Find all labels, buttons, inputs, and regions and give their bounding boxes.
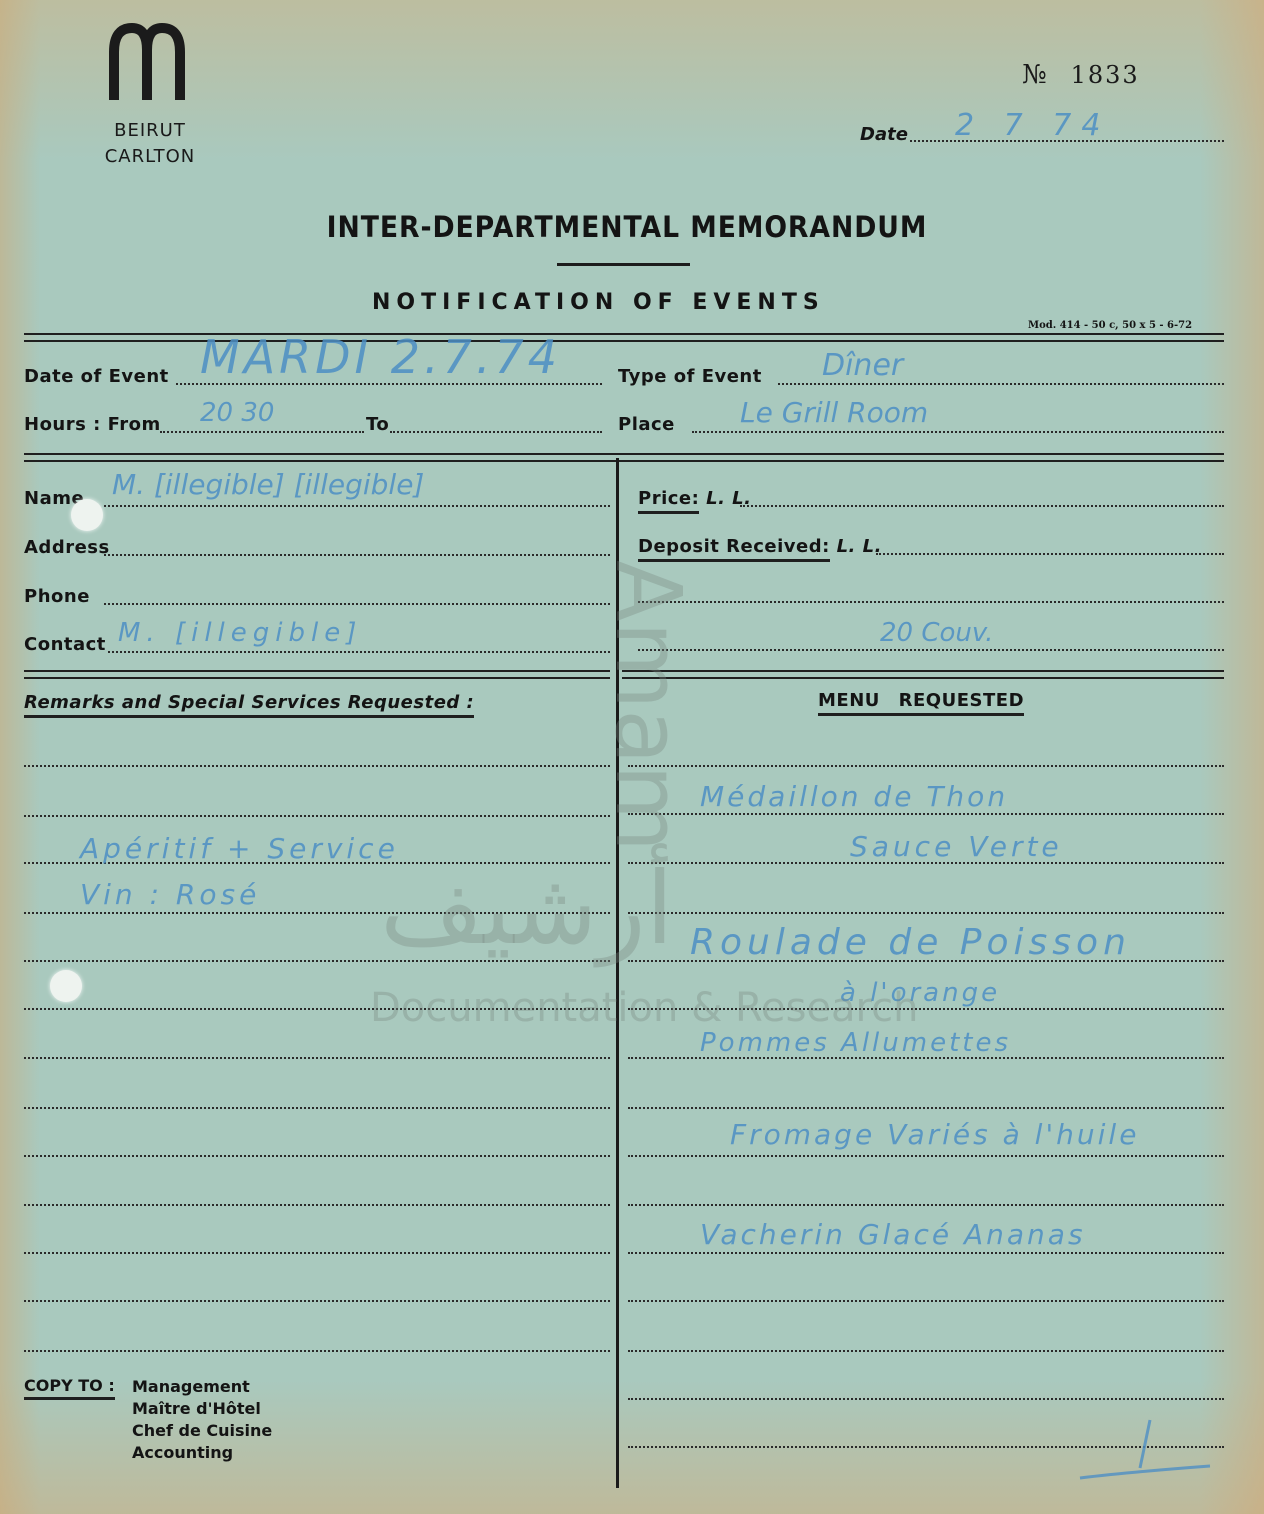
remarks-heading-text: Remarks and Special Services Requested : [24, 692, 474, 718]
watermark-vertical-text: Amam [595, 560, 700, 852]
menu-line[interactable] [628, 813, 1224, 815]
form-code: Mod. 414 - 50 c, 50 x 5 - 6-72 [1028, 320, 1192, 331]
remarks-line[interactable] [24, 815, 610, 817]
copy-recipient: Management [132, 1376, 272, 1398]
deposit-label: Deposit Received: L. L. [638, 536, 882, 557]
copy-recipient: Accounting [132, 1442, 272, 1464]
remarks-line[interactable] [24, 1300, 610, 1302]
price-field[interactable] [740, 505, 1224, 507]
address-label: Address [24, 537, 110, 558]
date-of-event-label: Date of Event [24, 366, 169, 387]
menu-line[interactable] [628, 1350, 1224, 1352]
contact-value: M. [illegible] [118, 618, 362, 648]
remarks-line[interactable] [24, 1204, 610, 1206]
remarks-line[interactable] [24, 1252, 610, 1254]
title-underline [557, 263, 690, 266]
menu-line[interactable] [628, 1107, 1224, 1109]
type-of-event-field[interactable] [778, 383, 1224, 385]
remarks-line[interactable] [24, 1057, 610, 1059]
deposit-label-text: Deposit Received: [638, 536, 830, 562]
contact-field[interactable] [108, 651, 610, 653]
hours-to-label: To [366, 414, 389, 435]
place-field[interactable] [692, 431, 1224, 433]
number-sign: № [1022, 60, 1047, 90]
copy-to-label: COPY TO : [24, 1376, 115, 1395]
menu-heading: MENU REQUESTED [818, 690, 1024, 711]
covers-field[interactable] [638, 649, 1224, 651]
place-value: Le Grill Room [740, 396, 928, 429]
name-field[interactable] [104, 505, 610, 507]
copy-recipient: Maître d'Hôtel [132, 1398, 272, 1420]
covers-value: 20 Couv. [880, 618, 993, 648]
event-section-double-rule [24, 453, 1224, 462]
pricing-extra-field[interactable] [638, 601, 1224, 603]
brand-line-1: BEIRUT [80, 118, 220, 144]
remarks-line[interactable] [24, 1155, 610, 1157]
page-title: INTER-DEPARTMENTAL MEMORANDUM [50, 210, 1204, 244]
remarks-line[interactable] [24, 1350, 610, 1352]
page-subtitle: NOTIFICATION OF EVENTS [372, 290, 825, 315]
document-number: №1833 [1022, 60, 1140, 90]
name-value: M. [illegible] [illegible] [112, 468, 424, 501]
phone-label: Phone [24, 586, 90, 607]
menu-line[interactable] [628, 1204, 1224, 1206]
menu-line[interactable] [628, 912, 1224, 914]
menu-line[interactable] [628, 1398, 1224, 1400]
menu-item: Pommes Allumettes [700, 1028, 1011, 1058]
hours-from-label: Hours : From [24, 414, 161, 435]
copy-to-label-text: COPY TO : [24, 1376, 115, 1400]
remarks-value-line-2: Vin : Rosé [80, 878, 260, 911]
remarks-heading: Remarks and Special Services Requested : [24, 692, 474, 713]
menu-line[interactable] [628, 1252, 1224, 1254]
document-number-value: 1833 [1071, 61, 1140, 89]
remarks-line[interactable] [24, 1107, 610, 1109]
menu-line[interactable] [628, 765, 1224, 767]
date-of-event-value: MARDI 2.7.74 [200, 330, 561, 384]
menu-item: Vacherin Glacé Ananas [700, 1218, 1086, 1251]
copy-recipient: Chef de Cuisine [132, 1420, 272, 1442]
price-label-text: Price: [638, 488, 699, 514]
place-label: Place [618, 414, 675, 435]
menu-line[interactable] [628, 1155, 1224, 1157]
date-label: Date [860, 124, 908, 145]
punch-hole-top [71, 499, 103, 531]
remarks-line[interactable] [24, 765, 610, 767]
watermark-caption: Documentation & Research [370, 985, 918, 1031]
price-label: Price: L. L. [638, 488, 752, 509]
deposit-field[interactable] [876, 553, 1224, 555]
type-of-event-value: Dîner [822, 348, 903, 383]
menu-line[interactable] [628, 1300, 1224, 1302]
client-section-double-rule [24, 670, 610, 679]
punch-hole-bottom [50, 970, 82, 1002]
hotel-brand: BEIRUT CARLTON [80, 118, 220, 170]
pricing-section-double-rule [622, 670, 1224, 679]
m-monogram-logo-icon [108, 22, 186, 100]
hours-to-field[interactable] [390, 431, 602, 433]
phone-field[interactable] [104, 603, 610, 605]
watermark-arabic-text: أرشيف [380, 850, 674, 967]
remarks-value-line-1: Apéritif + Service [80, 832, 399, 865]
menu-heading-text: MENU REQUESTED [818, 690, 1024, 716]
contact-label: Contact [24, 634, 106, 655]
menu-item: Médaillon de Thon [700, 780, 1008, 813]
menu-item: Fromage Variés à l'huile [730, 1118, 1139, 1151]
menu-item: Roulade de Poisson [690, 922, 1131, 963]
signature-mark [1070, 1410, 1220, 1490]
copy-to-list: Management Maître d'Hôtel Chef de Cuisin… [132, 1376, 272, 1464]
hours-from-value: 20 30 [200, 398, 274, 428]
brand-line-2: CARLTON [80, 144, 220, 170]
address-field[interactable] [104, 554, 610, 556]
date-value: 2 7 74 [955, 108, 1110, 143]
hours-from-field[interactable] [160, 431, 364, 433]
menu-item: Sauce Verte [850, 830, 1063, 863]
type-of-event-label: Type of Event [618, 366, 762, 387]
